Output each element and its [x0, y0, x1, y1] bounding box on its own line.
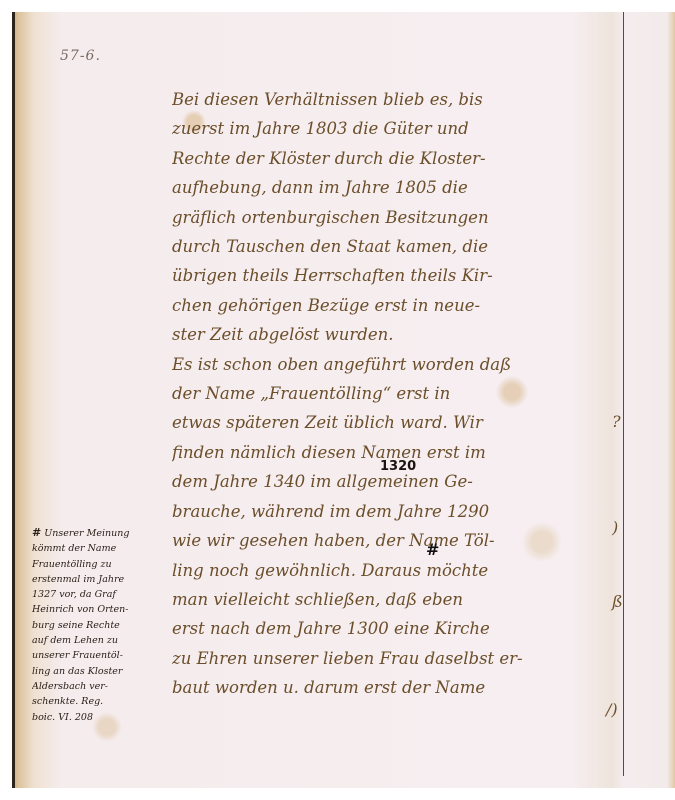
- text-line: chen gehörigen Bezüge erst in neue-: [172, 291, 622, 320]
- binding-edge: [12, 12, 15, 788]
- edge-mark: ?: [612, 412, 621, 431]
- footnote-reference-mark: #: [426, 540, 439, 559]
- text-line: Es ist schon oben angeführt worden daß: [172, 350, 622, 379]
- marginal-note: # Unserer Meinung kömmt der Name Frauent…: [32, 525, 162, 725]
- text-line: Bei diesen Verhältnissen blieb es, bis: [172, 85, 622, 114]
- page-fold-line: [623, 12, 624, 776]
- margin-note-line: erstenmal im Jahre: [32, 572, 162, 587]
- text-line: etwas späteren Zeit üblich ward. Wir: [172, 408, 622, 437]
- margin-note-line: Heinrich von Orten-: [32, 602, 162, 617]
- text-line: ling noch gewöhnlich. Daraus möchte: [172, 556, 622, 585]
- margin-note-line: unserer Frauentöl-: [32, 648, 162, 663]
- margin-note-line: boic. VI. 208: [32, 710, 162, 725]
- margin-note-line: auf dem Lehen zu: [32, 633, 162, 648]
- text-line: erst nach dem Jahre 1300 eine Kirche: [172, 614, 622, 643]
- text-line: übrigen theils Herrschaften theils Kir-: [172, 261, 622, 290]
- footnote-mark-icon: #: [32, 526, 41, 539]
- year-correction-annotation: 1320: [380, 459, 416, 474]
- text-line: zuerst im Jahre 1803 die Güter und: [172, 114, 622, 143]
- text-line: gräflich ortenburgischen Besitzungen: [172, 203, 622, 232]
- edge-mark: ß: [612, 592, 623, 611]
- text-line: baut worden u. darum erst der Name: [172, 673, 622, 702]
- text-line: man vielleicht schließen, daß eben: [172, 585, 622, 614]
- text-line: ster Zeit abgelöst wurden.: [172, 320, 622, 349]
- edge-mark: /): [606, 700, 618, 719]
- margin-note-line: # Unserer Meinung: [32, 525, 162, 541]
- margin-note-line: kömmt der Name: [32, 541, 162, 556]
- text-line: zu Ehren unserer lieben Frau daselbst er…: [172, 644, 622, 673]
- text-line: durch Tauschen den Staat kamen, die: [172, 232, 622, 261]
- text-line: brauche, während im dem Jahre 1290: [172, 497, 622, 526]
- margin-note-line: 1327 vor, da Graf: [32, 587, 162, 602]
- margin-note-line: ling an das Kloster: [32, 664, 162, 679]
- folio-number: 57-6.: [60, 48, 101, 64]
- margin-note-line: schenkte. Reg.: [32, 694, 162, 709]
- main-handwritten-text: Bei diesen Verhältnissen blieb es, bis z…: [172, 85, 622, 703]
- margin-note-line: Frauentölling zu: [32, 557, 162, 572]
- text-line: der Name „Frauentölling“ erst in: [172, 379, 622, 408]
- text-line: wie wir gesehen haben, der Name Töl-: [172, 526, 622, 555]
- text-line: aufhebung, dann im Jahre 1805 die: [172, 173, 622, 202]
- text-line: Rechte der Klöster durch die Kloster-: [172, 144, 622, 173]
- margin-note-line: burg seine Rechte: [32, 618, 162, 633]
- margin-note-line: Aldersbach ver-: [32, 679, 162, 694]
- edge-mark: ): [612, 518, 618, 537]
